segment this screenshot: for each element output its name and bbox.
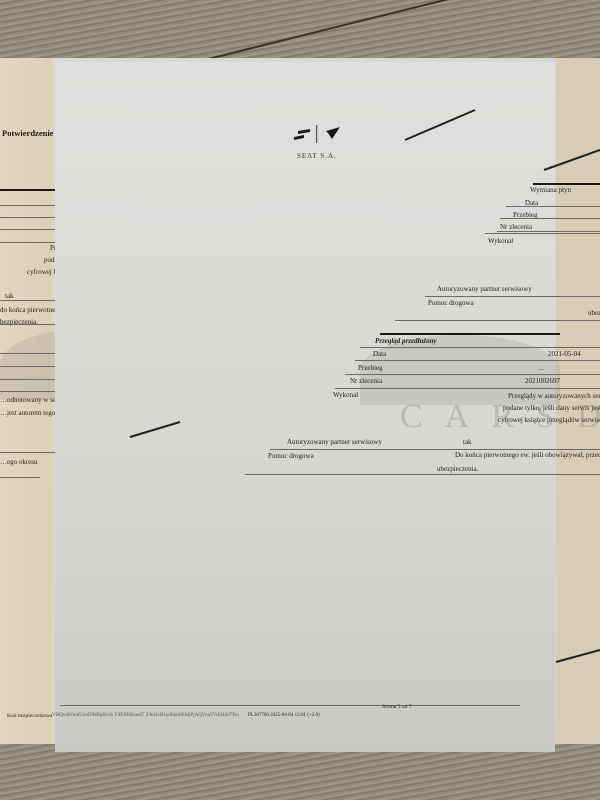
divider <box>497 231 600 232</box>
inspection-value-mileage: … <box>538 364 545 372</box>
lower-warranty-2: ubezpieczenia. <box>437 465 478 473</box>
footer-meta: PL307700 2025-04-04 12:01 (+2.0) <box>248 713 320 718</box>
divider <box>395 320 600 321</box>
divider <box>485 233 600 234</box>
partner-label: Autoryzowany partner serwisowy <box>437 285 532 293</box>
footer-rule <box>60 705 520 706</box>
right-field-performed: Wykonał <box>488 237 513 245</box>
right-field-order: Nr zlecenia <box>500 223 532 231</box>
page-number: Strona 5 od 7 <box>382 704 412 710</box>
divider <box>0 477 40 478</box>
inspection-title-rule <box>380 333 560 335</box>
brand-label: SEAT S.A. <box>297 152 337 160</box>
right-field-mileage: Przebieg <box>513 211 538 219</box>
lower-assist: Pomoc drogowa <box>268 452 314 460</box>
lower-tak: tak <box>463 438 472 446</box>
lower-warranty: Do końca pierwotnego ew. jeśli obowiązyw… <box>455 451 600 459</box>
divider <box>506 206 600 207</box>
partner-assist: Pomoc drogowa <box>428 299 474 307</box>
divider <box>355 360 600 361</box>
inspection-label-order: Nr zlecenia <box>350 377 382 385</box>
right-title-rule <box>533 183 600 185</box>
inspection-label-date: Data <box>373 350 386 358</box>
inspection-performed: Wykonał <box>333 391 358 399</box>
security-code-value: VHQv4lVmdUvoD9dBgHvzh YdElH6Kuu67 ZAd3vH… <box>52 713 239 718</box>
table-seam <box>200 0 600 62</box>
divider <box>345 374 600 375</box>
seat-logo-icon <box>292 123 367 145</box>
divider <box>245 474 600 475</box>
carsdat-watermark: CARSDAT <box>400 398 600 436</box>
divider <box>0 452 63 453</box>
left-tak: tak <box>5 292 14 300</box>
right-header: Wymiana płyn <box>530 186 571 194</box>
inspection-label-mileage: Przebieg <box>358 364 383 372</box>
inspection-value-order: 2021002697 <box>525 377 560 385</box>
partner-cut-text: ubez <box>588 309 600 317</box>
right-field-date: Data <box>525 199 538 207</box>
divider <box>335 388 600 389</box>
left-lower-warranty: …ego okresu <box>0 458 38 466</box>
divider <box>425 296 600 297</box>
lower-partner-label: Autoryzowany partner serwisowy <box>287 438 382 446</box>
divider <box>360 347 600 348</box>
inspection-title: Przegląd przedłużony <box>375 337 437 345</box>
inspection-value-date: 2021-05-04 <box>548 350 581 358</box>
divider <box>270 449 600 450</box>
security-code-label: Kod bezpieczeństwa <box>7 713 52 719</box>
